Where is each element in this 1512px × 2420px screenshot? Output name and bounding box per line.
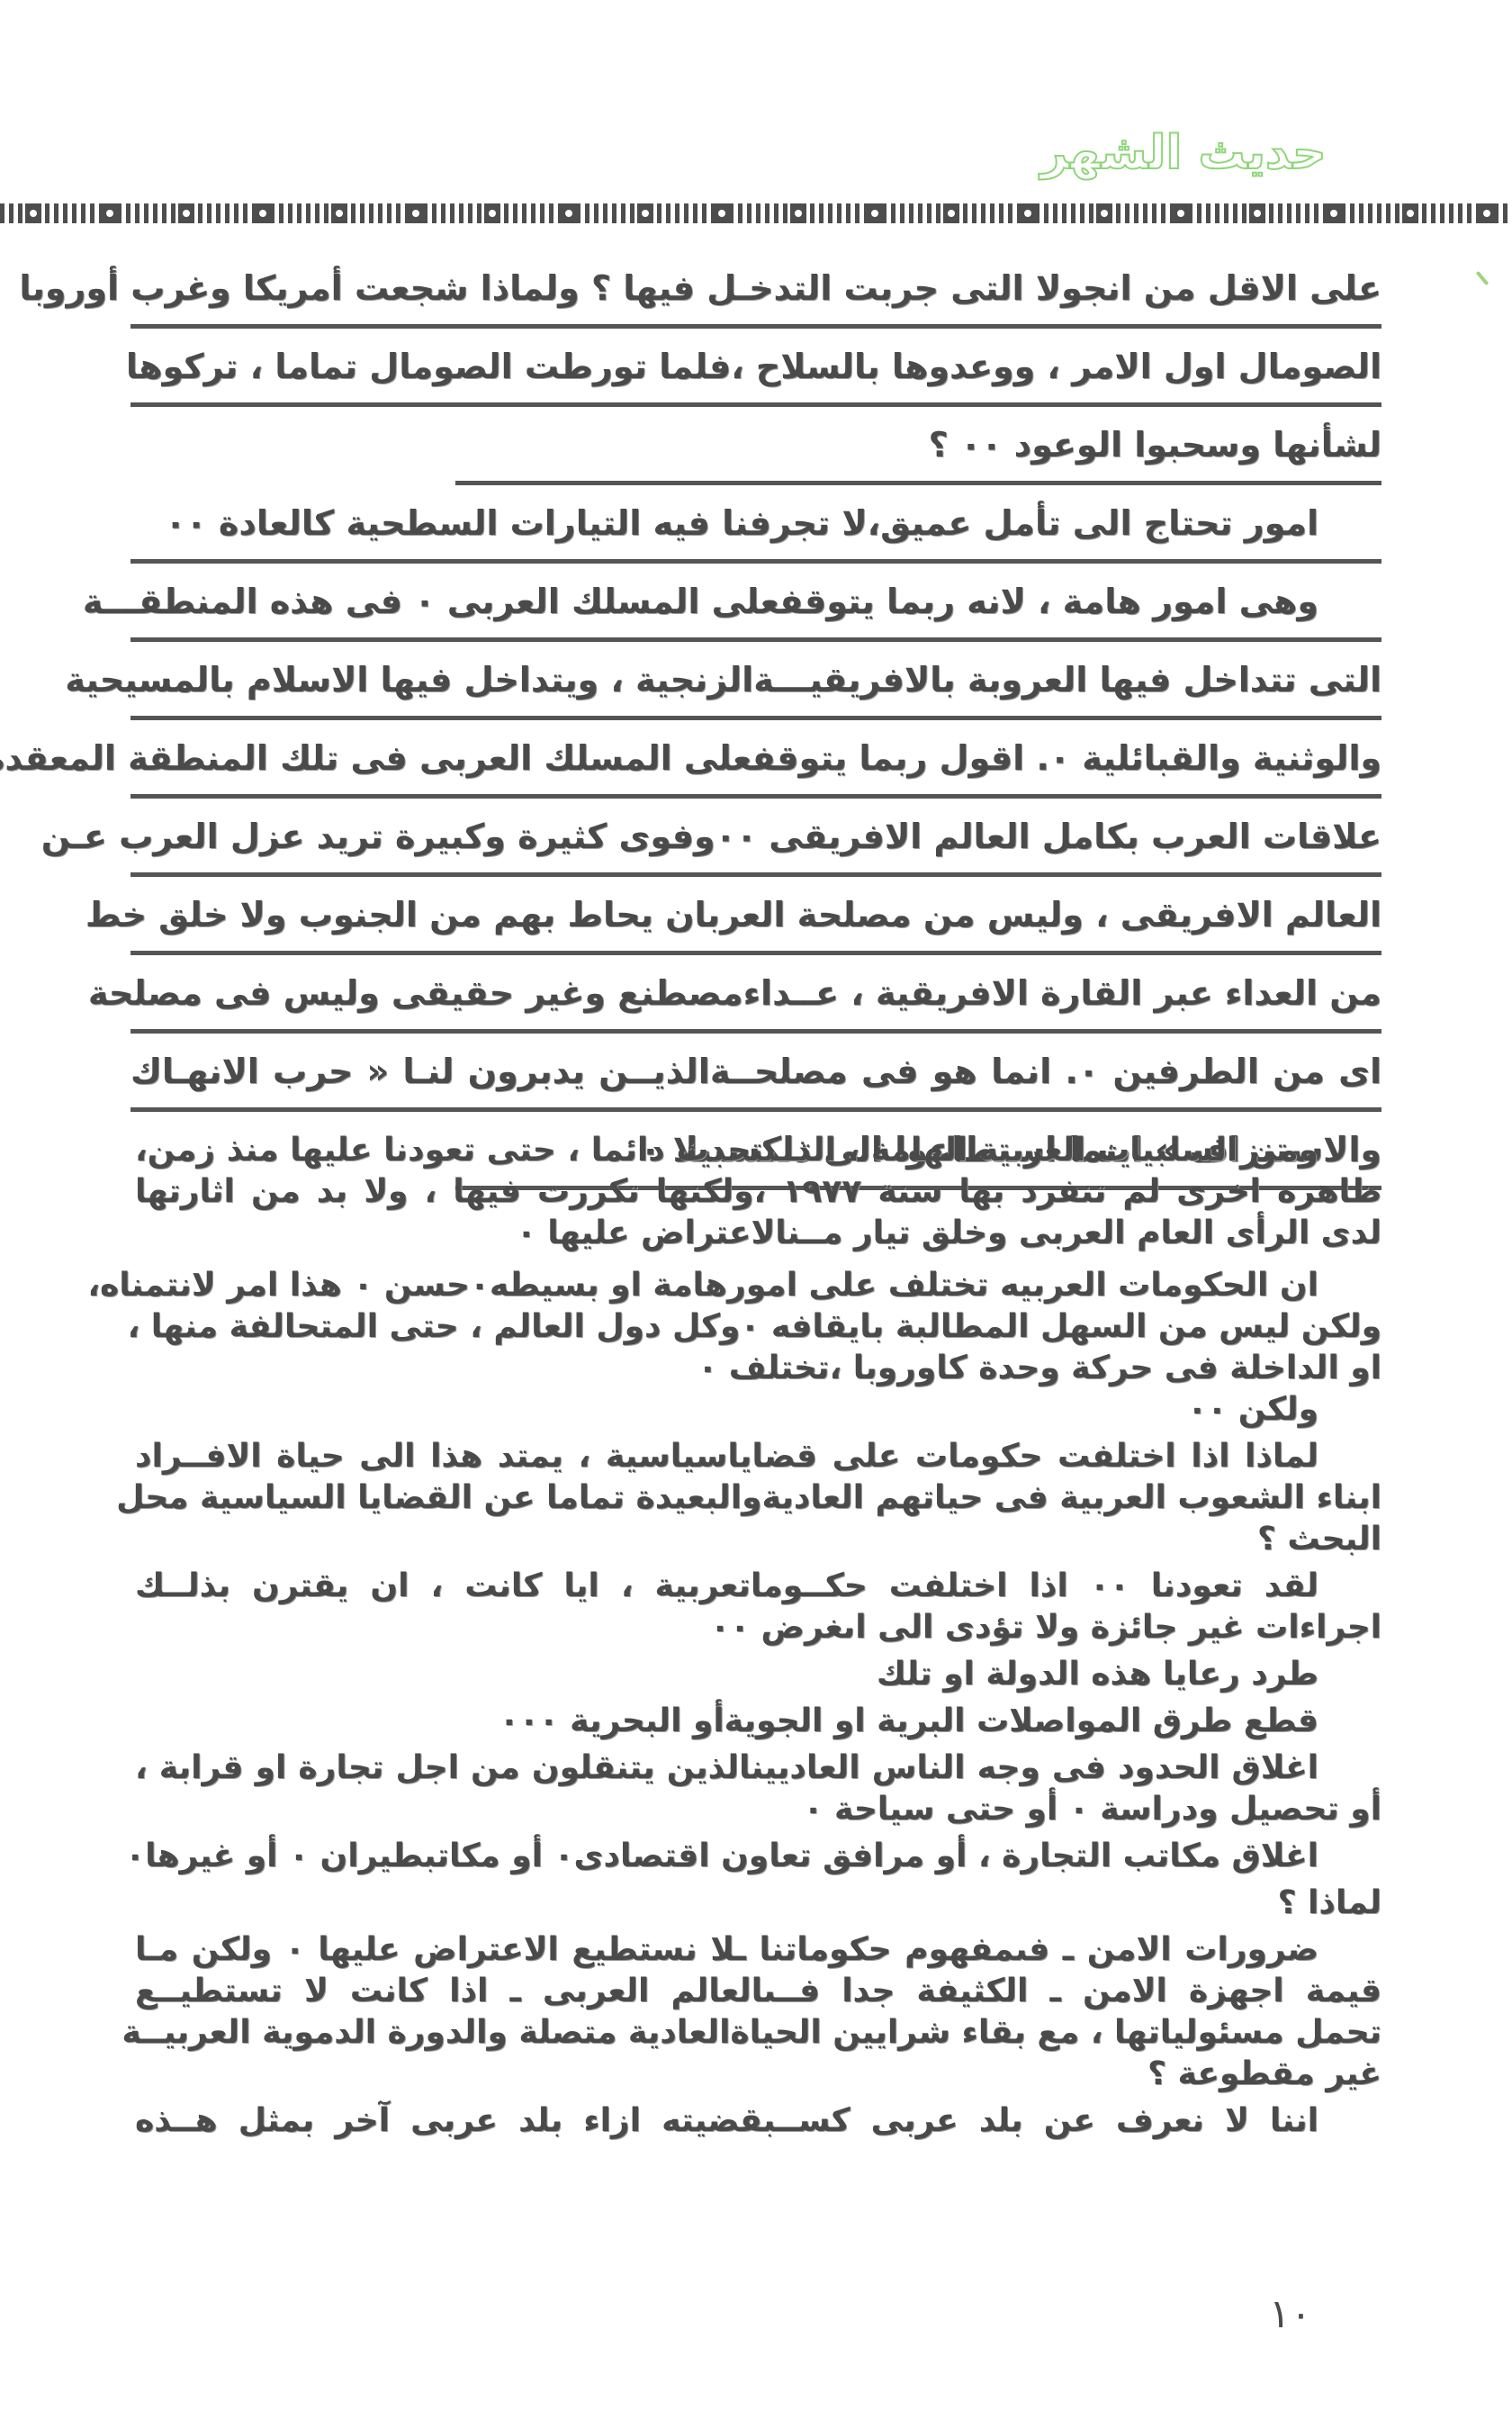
text-line: البحث ؟ — [135, 1519, 1381, 1560]
text-line: تحمل مسئولياتها ، مع بقاء شرايين الحياةا… — [135, 2012, 1381, 2054]
paragraph: ضرورات الامن ـ فىمفهوم حكوماتنا ـلا نستط… — [135, 1929, 1381, 2095]
text-line: اغلاق الحدود فى وجه الناس العاديينالذين … — [135, 1747, 1381, 1789]
text-line: ظاهره اخرى لم تنفرد بها سنة ١٩٧٧ ،ولكنها… — [135, 1171, 1381, 1213]
rule-line — [130, 637, 1381, 642]
paragraph: قطع طرق المواصلات البرية او الجويةأو الب… — [135, 1701, 1381, 1742]
text-line: اجراءات غير جائزة ولا تؤدى الى اىغرض ٠٠ — [135, 1607, 1381, 1648]
section-logo: حديث الشهر — [1035, 126, 1332, 180]
text-line: قيمة اجهزة الامن ـ الكثيفة جدا فــىالعال… — [135, 1971, 1381, 2012]
paragraph: اننا لا نعرف عن بلد عربى كســبقضيته ازاء… — [135, 2100, 1381, 2142]
paragraph: ومن السلبيات العربية الهامة ، التــىتحدث… — [135, 1130, 1381, 1254]
rule-line — [130, 716, 1381, 720]
text-line: اغلاق مكاتب التجارة ، أو مرافق تعاون اقت… — [135, 1836, 1381, 1877]
ruled-line: علاقات العرب بكامل العالم الافريقى ٠٠وفو… — [130, 809, 1381, 863]
rule-line — [130, 324, 1381, 329]
page-number: ١٠ — [1269, 2291, 1311, 2337]
text-line: طرد رعايا هذه الدولة او تلك — [135, 1654, 1381, 1695]
paragraph: طرد رعايا هذه الدولة او تلك — [135, 1654, 1381, 1695]
ruled-line: العالم الافريقى ، وليس من مصلحة العربان … — [130, 888, 1381, 942]
magazine-page: حديث الشهر على الاقل من انجولا التى جربت… — [0, 0, 1512, 2420]
text-line: ابناء الشعوب العربية فى حياتهم العاديةوا… — [135, 1477, 1381, 1519]
rule-line — [130, 402, 1381, 407]
text-line: أو تحصيل ودراسة ٠ أو حتى سياحة ٠ — [135, 1789, 1381, 1830]
rule-line — [130, 872, 1381, 877]
text-line: او الداخلة فى حركة وحدة كاوروبا ،تختلف ٠ — [135, 1348, 1381, 1389]
ruled-line: التى تتداخل فيها العروبة بالافريقيـــةال… — [130, 653, 1381, 707]
text-line: قطع طرق المواصلات البرية او الجويةأو الب… — [135, 1701, 1381, 1742]
ruled-line: لشأنها وسحبوا الوعود ٠٠ ؟ — [130, 418, 1381, 472]
text-line: ضرورات الامن ـ فىمفهوم حكوماتنا ـلا نستط… — [135, 1929, 1381, 1971]
rule-line — [130, 1107, 1381, 1112]
text-line: ومن السلبيات العربية الهامة ، التــىتحدث… — [135, 1130, 1381, 1171]
text-line: اننا لا نعرف عن بلد عربى كســبقضيته ازاء… — [135, 2100, 1381, 2142]
rule-line — [130, 951, 1381, 955]
text-line: ولكن ٠٠ — [135, 1389, 1381, 1431]
text-line: لقد تعودنا ٠٠ اذا اختلفت حكــوماتعربية ،… — [135, 1566, 1381, 1607]
text-line: لماذا ؟ — [135, 1883, 1381, 1924]
text-line: لماذا اذا اختلفت حكومات على قضاياسياسية … — [135, 1436, 1381, 1477]
text-line: غير مقطوعة ؟ — [135, 2054, 1381, 2095]
paragraph: ان الحكومات العربيه تختلف على امورهامة ا… — [135, 1265, 1381, 1431]
rule-line — [130, 559, 1381, 564]
ruled-line: اى من الطرفين ٠. انما هو فى مصلحــةالذيـ… — [130, 1044, 1381, 1098]
paragraph: لماذا اذا اختلفت حكومات على قضاياسياسية … — [135, 1436, 1381, 1560]
ruled-line: من العداء عبر القارة الافريقية ، عــداءم… — [130, 966, 1381, 1020]
paragraph: لقد تعودنا ٠٠ اذا اختلفت حكــوماتعربية ،… — [135, 1566, 1381, 1648]
ruled-line: الصومال اول الامر ، ووعدوها بالسلاح ،فلم… — [130, 339, 1381, 393]
text-line: ان الحكومات العربيه تختلف على امورهامة ا… — [135, 1265, 1381, 1306]
rule-line — [130, 794, 1381, 799]
paragraph: اغلاق مكاتب التجارة ، أو مرافق تعاون اقت… — [135, 1836, 1381, 1877]
rule-line — [130, 1029, 1381, 1034]
ruled-line: امور تحتاج الى تأمل عميق،لا تجرفنا فيه ا… — [130, 496, 1381, 550]
rule-line — [455, 481, 1381, 485]
ornamental-divider — [0, 203, 1512, 223]
section-logo-text: حديث الشهر — [1040, 126, 1326, 180]
ruled-line: والوثنية والقبائلية ٠. اقول ربما يتوقفعل… — [130, 731, 1381, 785]
text-line: لدى الرأى العام العربى وخلق تيار مــنالا… — [135, 1213, 1381, 1254]
article-body: ومن السلبيات العربية الهامة ، التــىتحدث… — [135, 1130, 1381, 2147]
text-line: ولكن ليس من السهل المطالبة بايقافه ٠وكل … — [135, 1306, 1381, 1348]
ruled-line: على الاقل من انجولا التى جربت التدخـل في… — [130, 261, 1381, 315]
ruled-text-block: على الاقل من انجولا التى جربت التدخـل في… — [130, 261, 1381, 1201]
print-speck — [1476, 271, 1489, 285]
ruled-line: وهى امور هامة ، لانه ربما يتوقفعلى المسل… — [130, 574, 1381, 628]
paragraph: لماذا ؟ — [135, 1883, 1381, 1924]
paragraph: اغلاق الحدود فى وجه الناس العاديينالذين … — [135, 1747, 1381, 1830]
